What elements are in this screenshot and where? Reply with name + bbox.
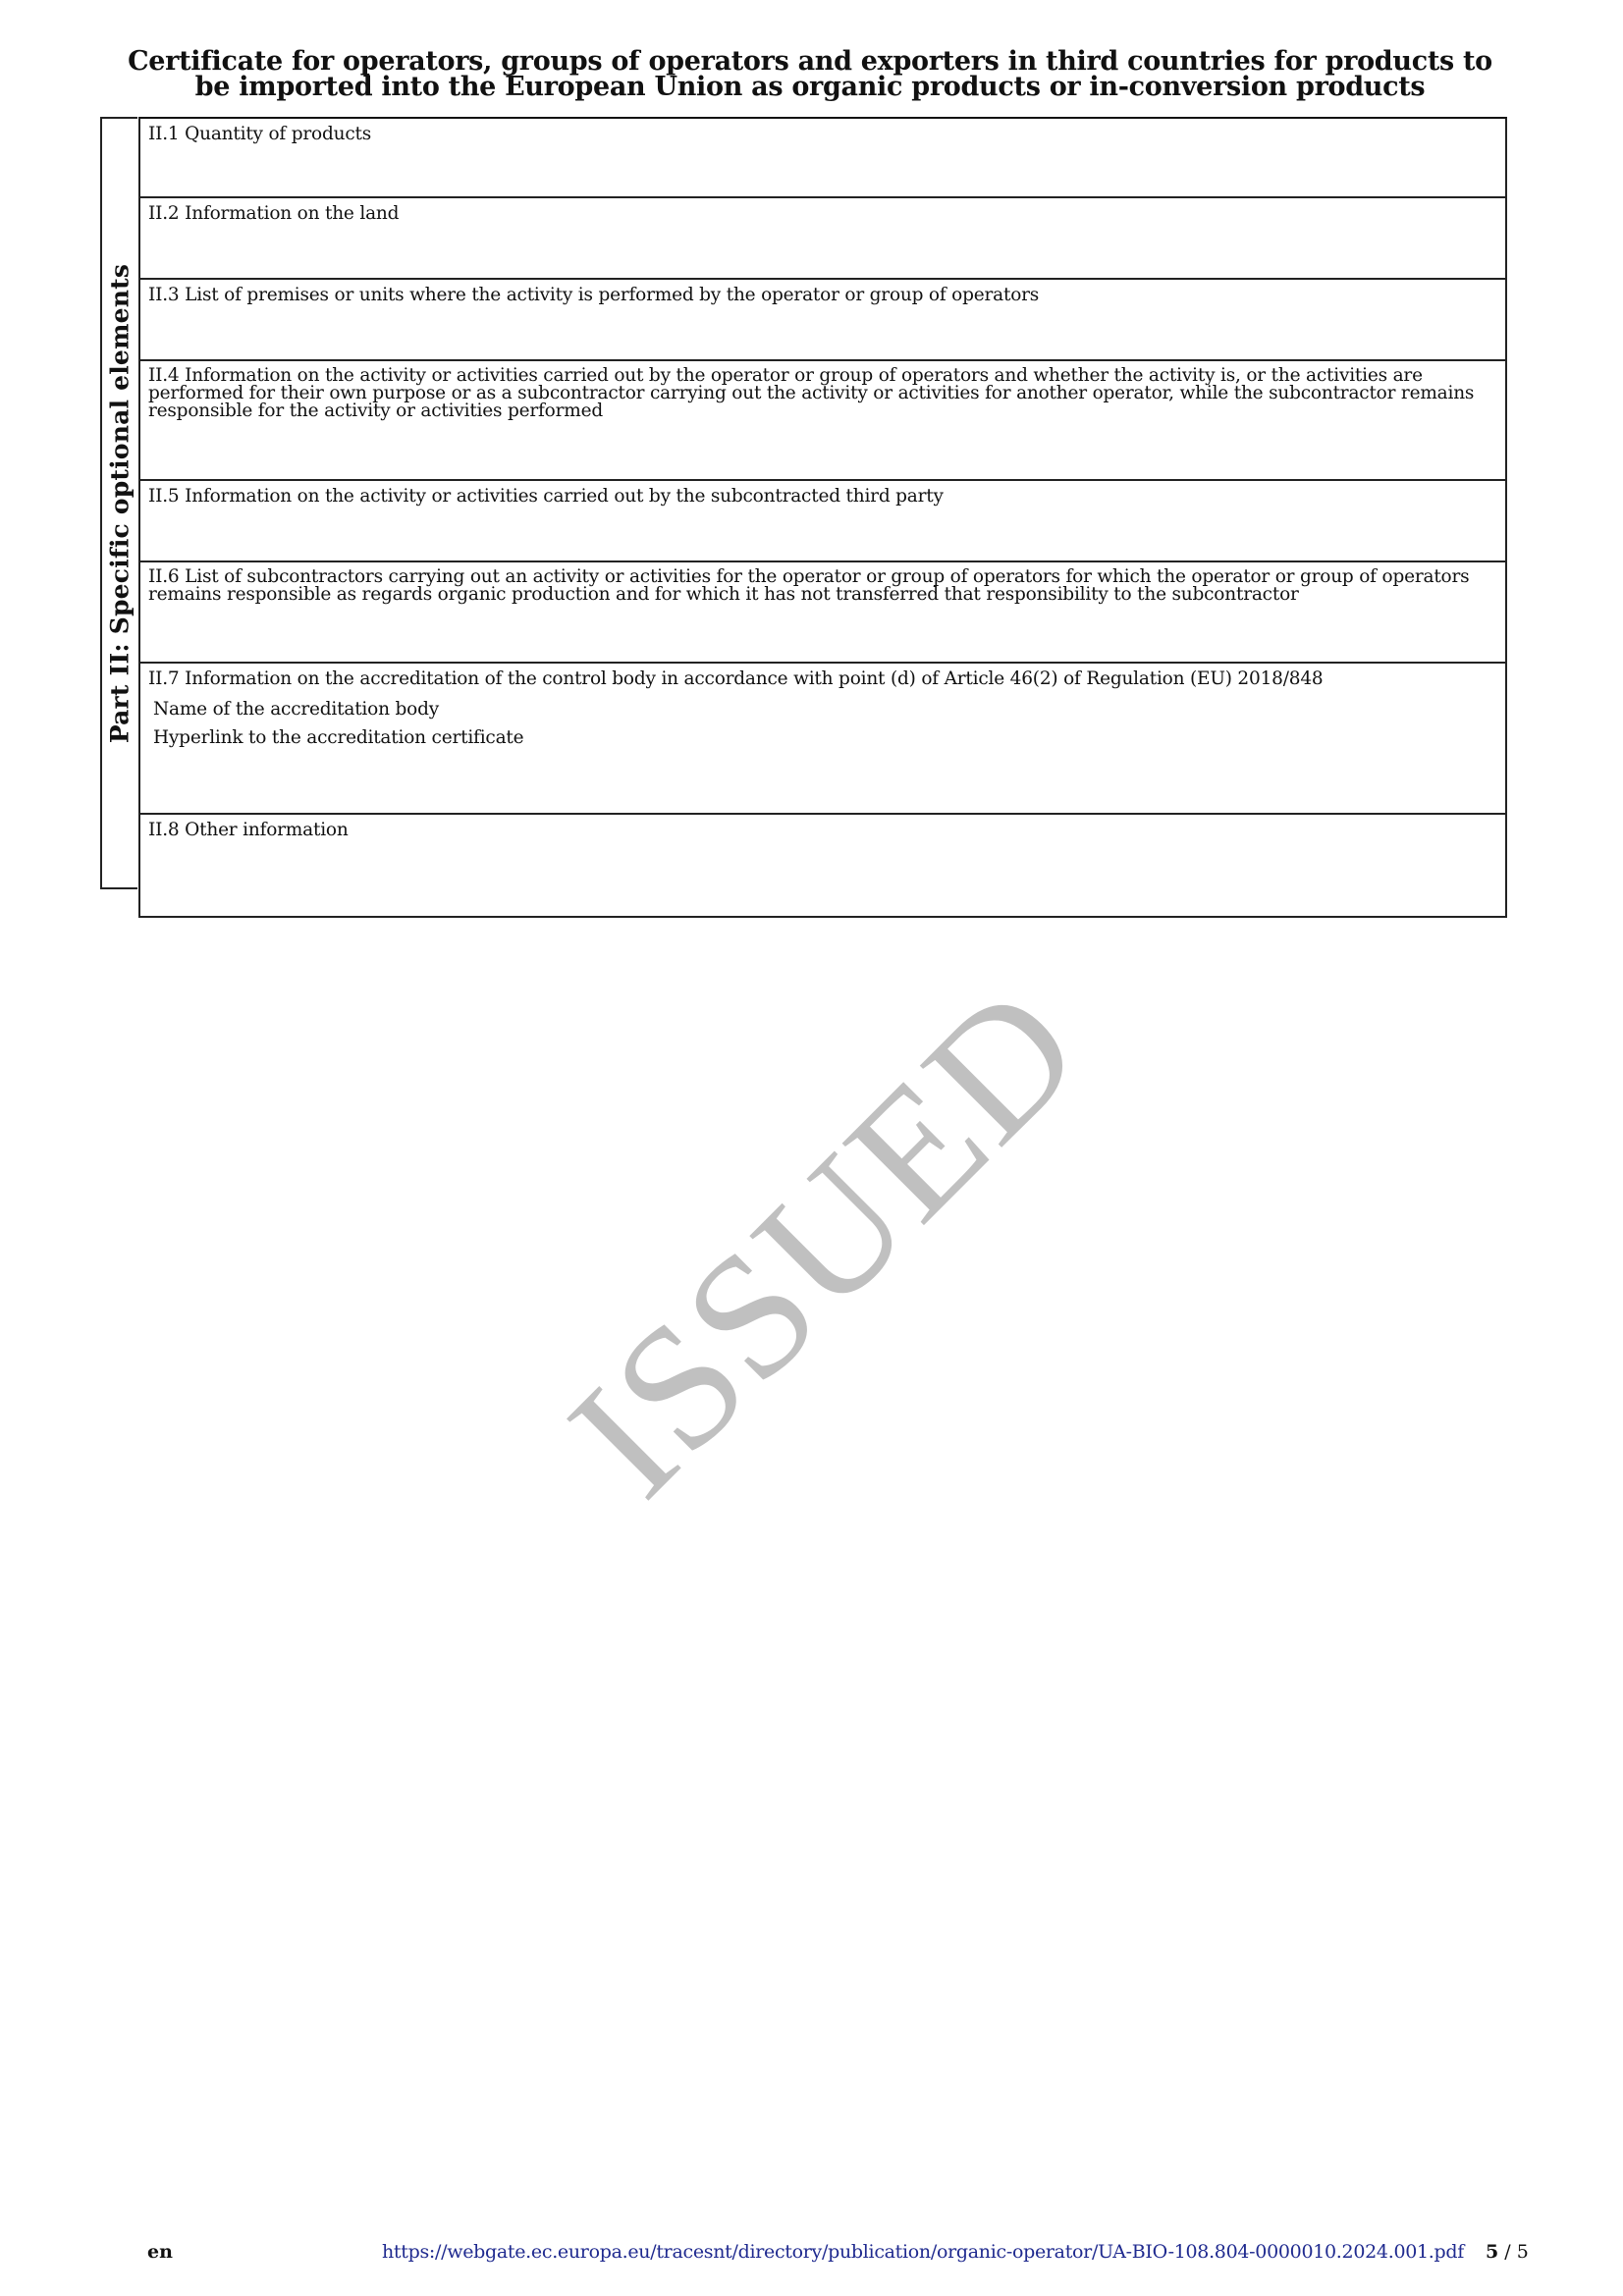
section-information-on-land: II.2 Information on the land [138, 198, 1507, 280]
part-label: Part II: Specific optional elements [106, 263, 135, 742]
section-other-information: II.8 Other information [138, 815, 1507, 918]
section-label: II.3 List of premises or units where the… [148, 286, 1497, 304]
issued-watermark: ISSUED [510, 926, 1139, 1555]
total-pages: 5 [1517, 2241, 1529, 2263]
section-accreditation: II.7 Information on the accreditation of… [138, 664, 1507, 815]
sections-table: II.1 Quantity of products II.2 Informati… [138, 117, 1507, 918]
current-page: 5 [1486, 2241, 1498, 2263]
section-label: II.5 Information on the activity or acti… [148, 487, 1497, 506]
section-label: II.4 Information on the activity or acti… [148, 367, 1497, 420]
page-number: 5 / 5 [1486, 2241, 1529, 2263]
accreditation-body-name-field: Name of the accreditation body [148, 700, 1497, 719]
section-label: II.6 List of subcontractors carrying out… [148, 568, 1497, 604]
section-list-of-subcontractors: II.6 List of subcontractors carrying out… [138, 562, 1507, 664]
language-code: en [147, 2241, 173, 2263]
part-label-box: Part II: Specific optional elements [100, 117, 137, 889]
section-label: II.7 Information on the accreditation of… [148, 669, 1497, 688]
section-label: II.2 Information on the land [148, 204, 1497, 223]
document-title: Certificate for operators, groups of ope… [108, 49, 1512, 100]
section-label: II.1 Quantity of products [148, 125, 1497, 143]
section-subcontracted-activity: II.5 Information on the activity or acti… [138, 481, 1507, 562]
section-activity-information: II.4 Information on the activity or acti… [138, 361, 1507, 481]
page-footer: en https://webgate.ec.europa.eu/tracesnt… [0, 2241, 1623, 2265]
page-separator: / [1498, 2241, 1516, 2263]
accreditation-certificate-link-field: Hyperlink to the accreditation certifica… [148, 728, 1497, 747]
document-url-link[interactable]: https://webgate.ec.europa.eu/tracesnt/di… [382, 2241, 1464, 2263]
section-label: II.8 Other information [148, 821, 1497, 839]
section-quantity-of-products: II.1 Quantity of products [138, 117, 1507, 198]
section-list-of-premises: II.3 List of premises or units where the… [138, 280, 1507, 361]
